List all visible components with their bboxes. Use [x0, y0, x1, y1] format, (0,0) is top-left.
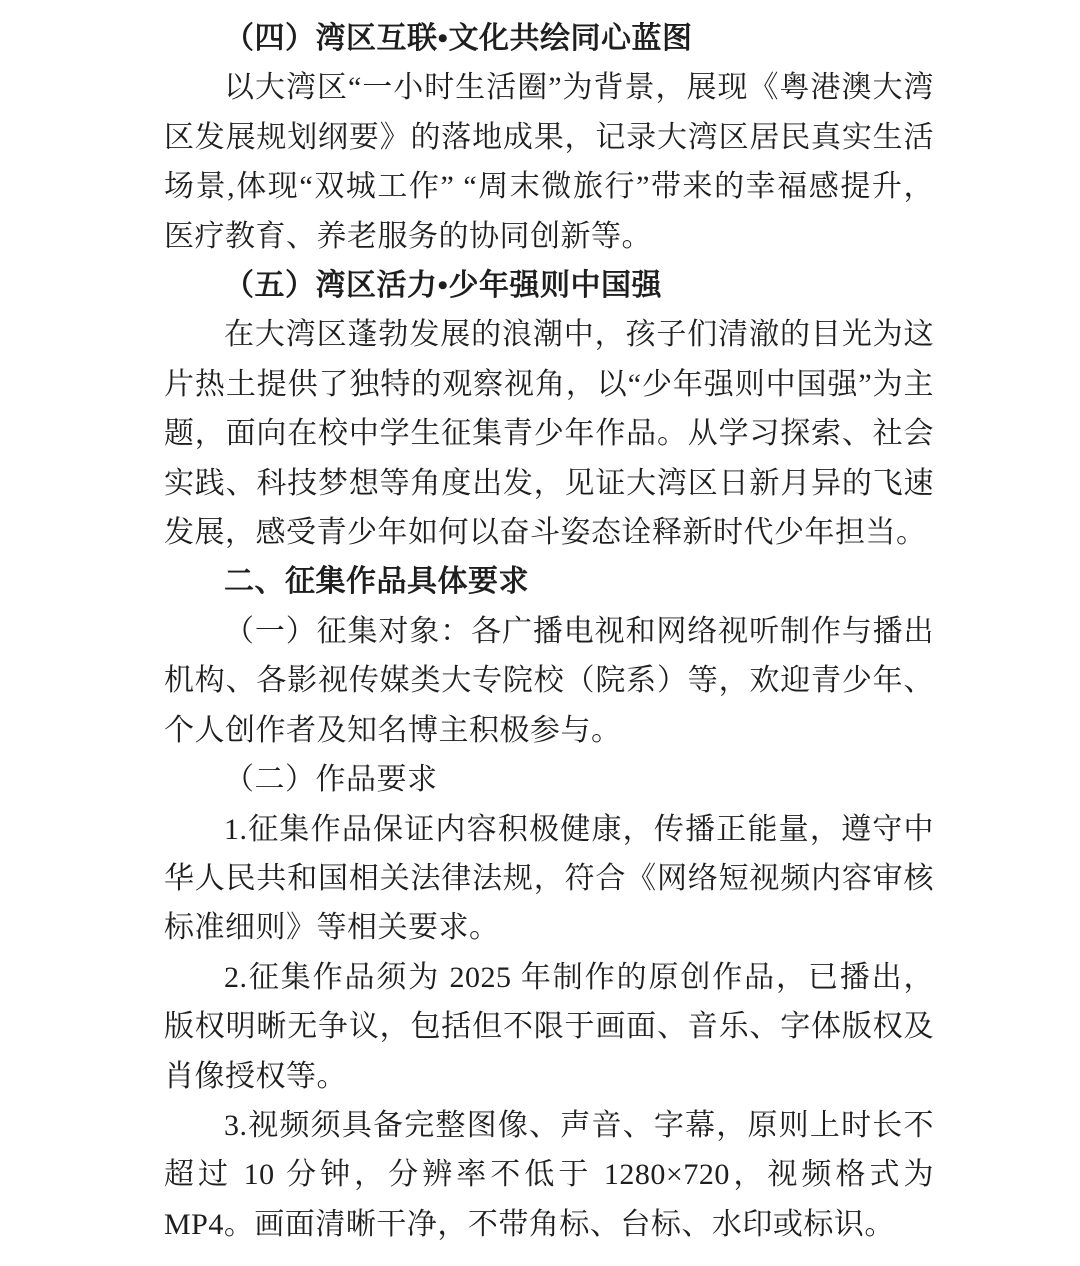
document-page: （四）湾区互联•文化共绘同心蓝图 以大湾区“一小时生活圈”为背景，展现《粤港澳大… [0, 0, 1080, 1266]
paragraph-collection-targets: （一）征集对象：各广播电视和网络视听制作与播出机构、各影视传媒类大专院校（院系）… [164, 607, 934, 755]
paragraph-requirement-2: 2.征集作品须为 2025 年制作的原创作品，已播出，版权明晰无争议，包括但不限… [164, 953, 934, 1101]
section-heading-bay-area-vitality: （五）湾区活力•少年强则中国强 [164, 261, 934, 310]
paragraph-requirement-1: 1.征集作品保证内容积极健康，传播正能量，遵守中华人民共和国相关法律法规，符合《… [164, 805, 934, 953]
paragraph-work-requirements-subhead: （二）作品要求 [164, 755, 934, 804]
paragraph-bay-area-vitality-body: 在大湾区蓬勃发展的浪潮中，孩子们清澈的目光为这片热土提供了独特的观察视角，以“少… [164, 310, 934, 557]
paragraph-bay-area-interconnect-body: 以大湾区“一小时生活圈”为背景，展现《粤港澳大湾区发展规划纲要》的落地成果，记录… [164, 63, 934, 261]
section-heading-bay-area-interconnect: （四）湾区互联•文化共绘同心蓝图 [164, 14, 934, 63]
paragraph-requirement-3: 3.视频须具备完整图像、声音、字幕，原则上时长不超过 10 分钟，分辨率不低于 … [164, 1101, 934, 1249]
section-heading-collection-requirements: 二、征集作品具体要求 [164, 557, 934, 606]
